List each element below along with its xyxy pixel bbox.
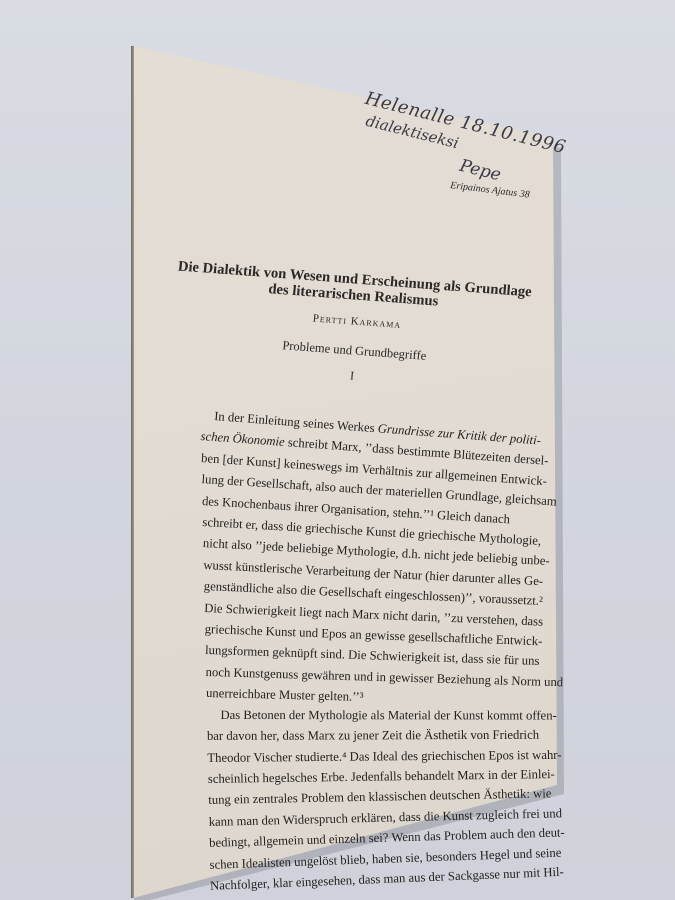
paragraph-1: In der Einleitung seines Werkes Grundris… (200, 398, 546, 705)
text-line: Das Betonen der Mythologie als Material … (206, 705, 546, 727)
paragraph-2: Das Betonen der Mythologie als Material … (206, 698, 550, 898)
text-line: bar davon her, dass Marx zu jener Zeit d… (207, 725, 547, 748)
booklet-spine-edge (131, 46, 134, 898)
article-body: In der Einleitung seines Werkes Grundris… (200, 398, 550, 897)
italic-title: schen Ökonomie (200, 429, 285, 449)
